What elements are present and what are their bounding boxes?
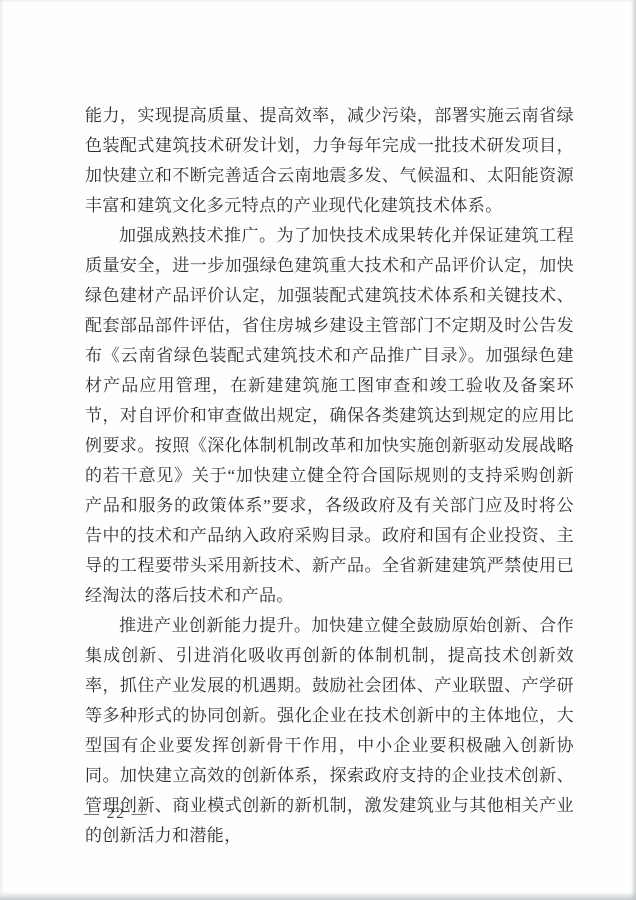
paragraph-technology-promotion: 加强成熟技术推广。为了加快技术成果转化并保证建筑工程质量安全，进一步加强绿色建筑… bbox=[85, 221, 574, 611]
paragraph-industry-innovation: 推进产业创新能力提升。加快建立健全鼓励原始创新、合作集成创新、引进消化吸收再创新… bbox=[85, 611, 574, 851]
paragraph-continued: 能力，实现提高质量、提高效率，减少污染，部署实施云南省绿色装配式建筑技术研发计划… bbox=[85, 101, 574, 221]
page-number: — 22 — bbox=[84, 806, 149, 823]
document-page: 能力，实现提高质量、提高效率，减少污染，部署实施云南省绿色装配式建筑技术研发计划… bbox=[0, 0, 636, 900]
document-body-text: 能力，实现提高质量、提高效率，减少污染，部署实施云南省绿色装配式建筑技术研发计划… bbox=[85, 101, 574, 851]
